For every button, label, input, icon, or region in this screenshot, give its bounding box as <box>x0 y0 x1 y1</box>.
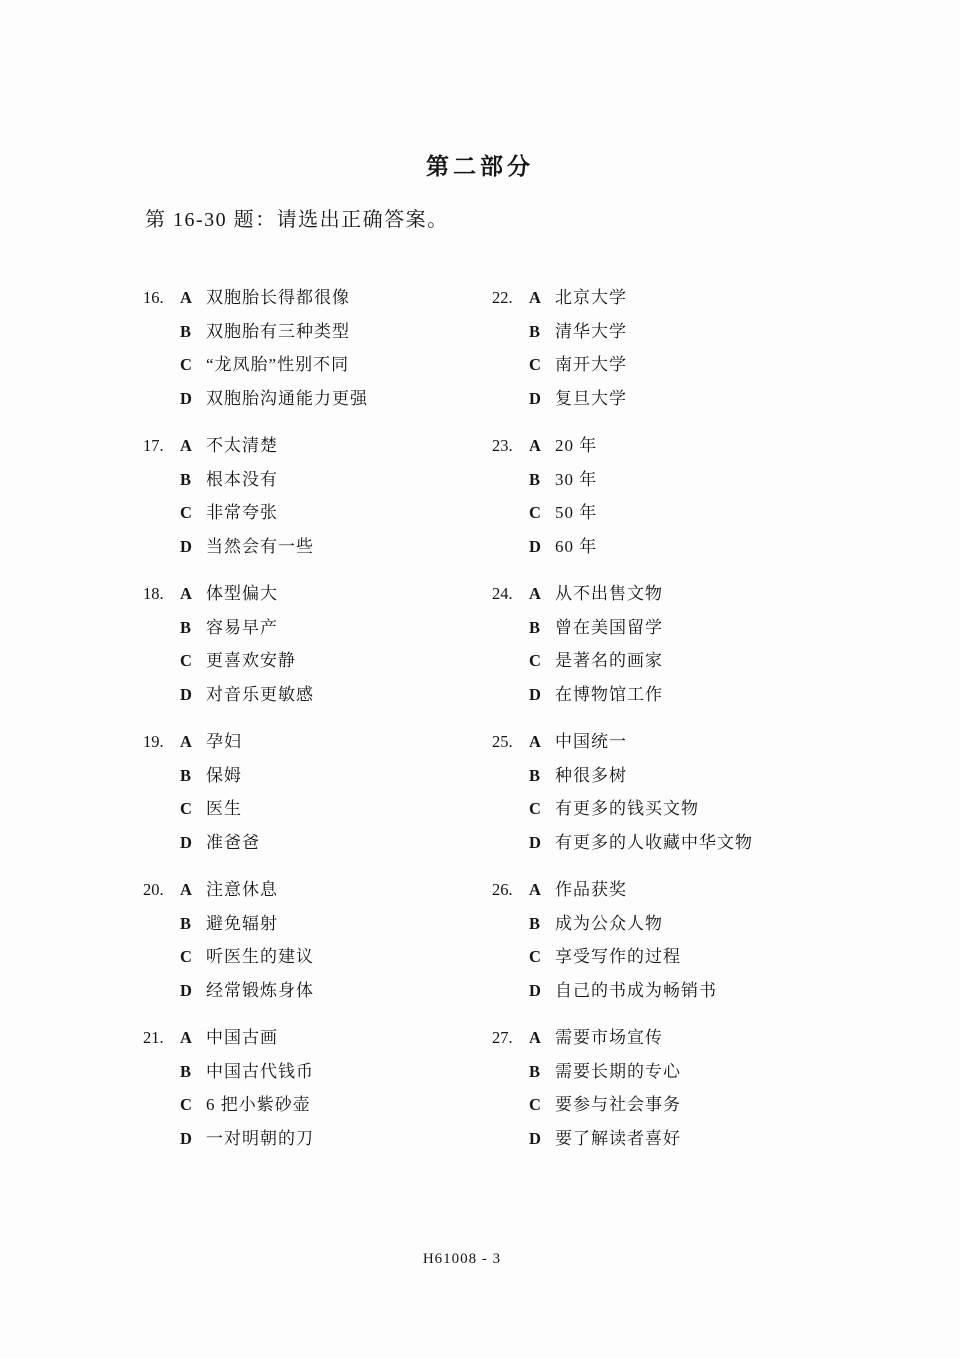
option-letter: A <box>180 725 206 759</box>
option-row: B 成为公众人物 <box>492 907 912 941</box>
option-text: 6 把小紫砂壶 <box>206 1088 311 1122</box>
option-text: 准爸爸 <box>206 826 260 860</box>
option-text: 30 年 <box>555 463 597 497</box>
option-row: B 曾在美国留学 <box>492 611 912 645</box>
option-row: 24. A 从不出售文物 <box>492 577 912 611</box>
option-letter: B <box>180 907 206 941</box>
question-number: 26. <box>492 873 529 907</box>
option-text: 在博物馆工作 <box>555 678 663 712</box>
question-number: 18. <box>143 577 180 611</box>
option-row: B 清华大学 <box>492 315 912 349</box>
question-number: 23. <box>492 429 529 463</box>
question-block: 16. A 双胞胎长得都很像 B 双胞胎有三种类型 C “龙凤胎”性别不同 D … <box>143 281 492 415</box>
question-block: 19. A 孕妇 B 保姆 C 医生 D 准爸爸 <box>143 725 492 859</box>
question-block: 22. A 北京大学 B 清华大学 C 南开大学 D 复旦大学 <box>492 281 912 415</box>
option-row: D 对音乐更敏感 <box>143 678 492 712</box>
option-text: 注意休息 <box>206 873 278 907</box>
option-letter: A <box>529 873 555 907</box>
option-text: 根本没有 <box>206 463 278 497</box>
option-letter: D <box>180 530 206 564</box>
option-row: B 双胞胎有三种类型 <box>143 315 492 349</box>
option-letter: A <box>529 1021 555 1055</box>
option-letter: D <box>180 826 206 860</box>
option-letter: D <box>529 382 555 416</box>
option-text: 孕妇 <box>206 725 242 759</box>
question-block: 24. A 从不出售文物 B 曾在美国留学 C 是著名的画家 D 在博物馆工作 <box>492 577 912 711</box>
option-text: “龙凤胎”性别不同 <box>206 348 349 382</box>
option-letter: C <box>180 792 206 826</box>
option-letter: C <box>180 496 206 530</box>
question-number: 22. <box>492 281 529 315</box>
option-letter: D <box>180 382 206 416</box>
option-text: 非常夸张 <box>206 496 278 530</box>
option-text: 中国统一 <box>555 725 627 759</box>
question-number: 16. <box>143 281 180 315</box>
option-row: B 需要长期的专心 <box>492 1055 912 1089</box>
option-text: 经常锻炼身体 <box>206 974 314 1008</box>
option-row: C 要参与社会事务 <box>492 1088 912 1122</box>
option-letter: B <box>529 1055 555 1089</box>
option-text: 从不出售文物 <box>555 577 663 611</box>
question-block: 26. A 作品获奖 B 成为公众人物 C 享受写作的过程 D 自己的书成为畅销… <box>492 873 912 1007</box>
option-text: 双胞胎沟通能力更强 <box>206 382 368 416</box>
option-letter: C <box>180 348 206 382</box>
option-letter: B <box>529 463 555 497</box>
option-text: 复旦大学 <box>555 382 627 416</box>
option-letter: D <box>529 1122 555 1156</box>
option-letter: A <box>180 281 206 315</box>
option-text: 中国古代钱币 <box>206 1055 314 1089</box>
option-row: D 60 年 <box>492 530 912 564</box>
option-text: 医生 <box>206 792 242 826</box>
option-row: 17. A 不太清楚 <box>143 429 492 463</box>
option-letter: C <box>180 644 206 678</box>
option-letter: B <box>529 759 555 793</box>
option-row: 22. A 北京大学 <box>492 281 912 315</box>
option-letter: D <box>180 678 206 712</box>
option-letter: A <box>180 873 206 907</box>
question-block: 25. A 中国统一 B 种很多树 C 有更多的钱买文物 D 有更多的人收藏中华… <box>492 725 912 859</box>
option-text: 避免辐射 <box>206 907 278 941</box>
question-block: 20. A 注意休息 B 避免辐射 C 听医生的建议 D 经常锻炼身体 <box>143 873 492 1007</box>
option-letter: C <box>529 792 555 826</box>
option-letter: C <box>529 940 555 974</box>
option-letter: D <box>529 530 555 564</box>
option-letter: D <box>529 678 555 712</box>
option-text: 50 年 <box>555 496 597 530</box>
question-number: 21. <box>143 1021 180 1055</box>
question-number: 19. <box>143 725 180 759</box>
option-row: 26. A 作品获奖 <box>492 873 912 907</box>
option-letter: C <box>180 1088 206 1122</box>
option-row: 18. A 体型偏大 <box>143 577 492 611</box>
option-text: 作品获奖 <box>555 873 627 907</box>
question-number: 20. <box>143 873 180 907</box>
option-letter: C <box>180 940 206 974</box>
option-letter: B <box>529 611 555 645</box>
option-text: 要参与社会事务 <box>555 1088 681 1122</box>
option-letter: D <box>529 826 555 860</box>
option-row: B 根本没有 <box>143 463 492 497</box>
option-letter: B <box>529 315 555 349</box>
option-letter: C <box>529 348 555 382</box>
option-letter: B <box>529 907 555 941</box>
option-row: D 有更多的人收藏中华文物 <box>492 826 912 860</box>
option-text: 保姆 <box>206 759 242 793</box>
option-row: C 听医生的建议 <box>143 940 492 974</box>
option-text: 对音乐更敏感 <box>206 678 314 712</box>
option-text: 南开大学 <box>555 348 627 382</box>
question-number: 27. <box>492 1021 529 1055</box>
option-letter: D <box>180 974 206 1008</box>
option-text: 需要长期的专心 <box>555 1055 681 1089</box>
option-row: 16. A 双胞胎长得都很像 <box>143 281 492 315</box>
option-text: 北京大学 <box>555 281 627 315</box>
option-letter: D <box>529 974 555 1008</box>
option-row: C 有更多的钱买文物 <box>492 792 912 826</box>
option-letter: A <box>180 429 206 463</box>
option-row: D 要了解读者喜好 <box>492 1122 912 1156</box>
option-text: 曾在美国留学 <box>555 611 663 645</box>
option-row: C 南开大学 <box>492 348 912 382</box>
option-text: 听医生的建议 <box>206 940 314 974</box>
option-text: 是著名的画家 <box>555 644 663 678</box>
option-letter: B <box>180 463 206 497</box>
option-row: B 保姆 <box>143 759 492 793</box>
option-row: D 自己的书成为畅销书 <box>492 974 912 1008</box>
option-text: 要了解读者喜好 <box>555 1122 681 1156</box>
option-row: D 准爸爸 <box>143 826 492 860</box>
option-row: D 经常锻炼身体 <box>143 974 492 1008</box>
question-block: 23. A 20 年 B 30 年 C 50 年 D 60 年 <box>492 429 912 563</box>
option-letter: C <box>529 496 555 530</box>
option-row: D 当然会有一些 <box>143 530 492 564</box>
option-text: 当然会有一些 <box>206 530 314 564</box>
page-footer-code: H61008 - 3 <box>0 1251 942 1268</box>
questions-column-right: 22. A 北京大学 B 清华大学 C 南开大学 D 复旦大学 23. A 20… <box>492 281 912 1169</box>
option-row: C 50 年 <box>492 496 912 530</box>
option-text: 不太清楚 <box>206 429 278 463</box>
option-letter: A <box>529 725 555 759</box>
option-letter: B <box>180 315 206 349</box>
option-row: 20. A 注意休息 <box>143 873 492 907</box>
question-number: 24. <box>492 577 529 611</box>
option-letter: A <box>180 577 206 611</box>
option-text: 中国古画 <box>206 1021 278 1055</box>
option-text: 清华大学 <box>555 315 627 349</box>
section-instruction: 第 16-30 题：请选出正确答案。 <box>145 203 960 232</box>
option-letter: A <box>529 429 555 463</box>
option-row: C 是著名的画家 <box>492 644 912 678</box>
option-text: 双胞胎长得都很像 <box>206 281 350 315</box>
question-number: 25. <box>492 725 529 759</box>
option-letter: A <box>529 281 555 315</box>
option-row: D 一对明朝的刀 <box>143 1122 492 1156</box>
option-text: 种很多树 <box>555 759 627 793</box>
option-row: C 享受写作的过程 <box>492 940 912 974</box>
question-block: 18. A 体型偏大 B 容易早产 C 更喜欢安静 D 对音乐更敏感 <box>143 577 492 711</box>
option-text: 有更多的人收藏中华文物 <box>555 826 753 860</box>
page-title: 第二部分 <box>0 0 960 181</box>
option-text: 享受写作的过程 <box>555 940 681 974</box>
option-letter: D <box>180 1122 206 1156</box>
option-row: B 30 年 <box>492 463 912 497</box>
option-row: B 种很多树 <box>492 759 912 793</box>
option-text: 需要市场宣传 <box>555 1021 663 1055</box>
question-block: 17. A 不太清楚 B 根本没有 C 非常夸张 D 当然会有一些 <box>143 429 492 563</box>
option-text: 20 年 <box>555 429 597 463</box>
option-letter: A <box>180 1021 206 1055</box>
option-row: C 更喜欢安静 <box>143 644 492 678</box>
option-row: D 在博物馆工作 <box>492 678 912 712</box>
option-row: B 容易早产 <box>143 611 492 645</box>
option-text: 自己的书成为畅销书 <box>555 974 717 1008</box>
option-row: B 中国古代钱币 <box>143 1055 492 1089</box>
question-number: 17. <box>143 429 180 463</box>
question-block: 21. A 中国古画 B 中国古代钱币 C 6 把小紫砂壶 D 一对明朝的刀 <box>143 1021 492 1155</box>
option-row: 19. A 孕妇 <box>143 725 492 759</box>
option-row: D 双胞胎沟通能力更强 <box>143 382 492 416</box>
option-text: 成为公众人物 <box>555 907 663 941</box>
option-row: C “龙凤胎”性别不同 <box>143 348 492 382</box>
option-text: 一对明朝的刀 <box>206 1122 314 1156</box>
option-row: 23. A 20 年 <box>492 429 912 463</box>
option-text: 有更多的钱买文物 <box>555 792 699 826</box>
option-letter: C <box>529 1088 555 1122</box>
questions-area: 16. A 双胞胎长得都很像 B 双胞胎有三种类型 C “龙凤胎”性别不同 D … <box>143 281 960 1169</box>
option-row: C 6 把小紫砂壶 <box>143 1088 492 1122</box>
option-row: 25. A 中国统一 <box>492 725 912 759</box>
option-letter: A <box>529 577 555 611</box>
option-letter: B <box>180 759 206 793</box>
option-text: 双胞胎有三种类型 <box>206 315 350 349</box>
option-row: B 避免辐射 <box>143 907 492 941</box>
questions-column-left: 16. A 双胞胎长得都很像 B 双胞胎有三种类型 C “龙凤胎”性别不同 D … <box>143 281 492 1169</box>
option-text: 更喜欢安静 <box>206 644 296 678</box>
option-row: 27. A 需要市场宣传 <box>492 1021 912 1055</box>
option-text: 容易早产 <box>206 611 278 645</box>
option-letter: B <box>180 611 206 645</box>
option-text: 体型偏大 <box>206 577 278 611</box>
option-letter: C <box>529 644 555 678</box>
option-row: D 复旦大学 <box>492 382 912 416</box>
option-text: 60 年 <box>555 530 597 564</box>
option-row: C 医生 <box>143 792 492 826</box>
option-row: C 非常夸张 <box>143 496 492 530</box>
option-letter: B <box>180 1055 206 1089</box>
question-block: 27. A 需要市场宣传 B 需要长期的专心 C 要参与社会事务 D 要了解读者… <box>492 1021 912 1155</box>
option-row: 21. A 中国古画 <box>143 1021 492 1055</box>
